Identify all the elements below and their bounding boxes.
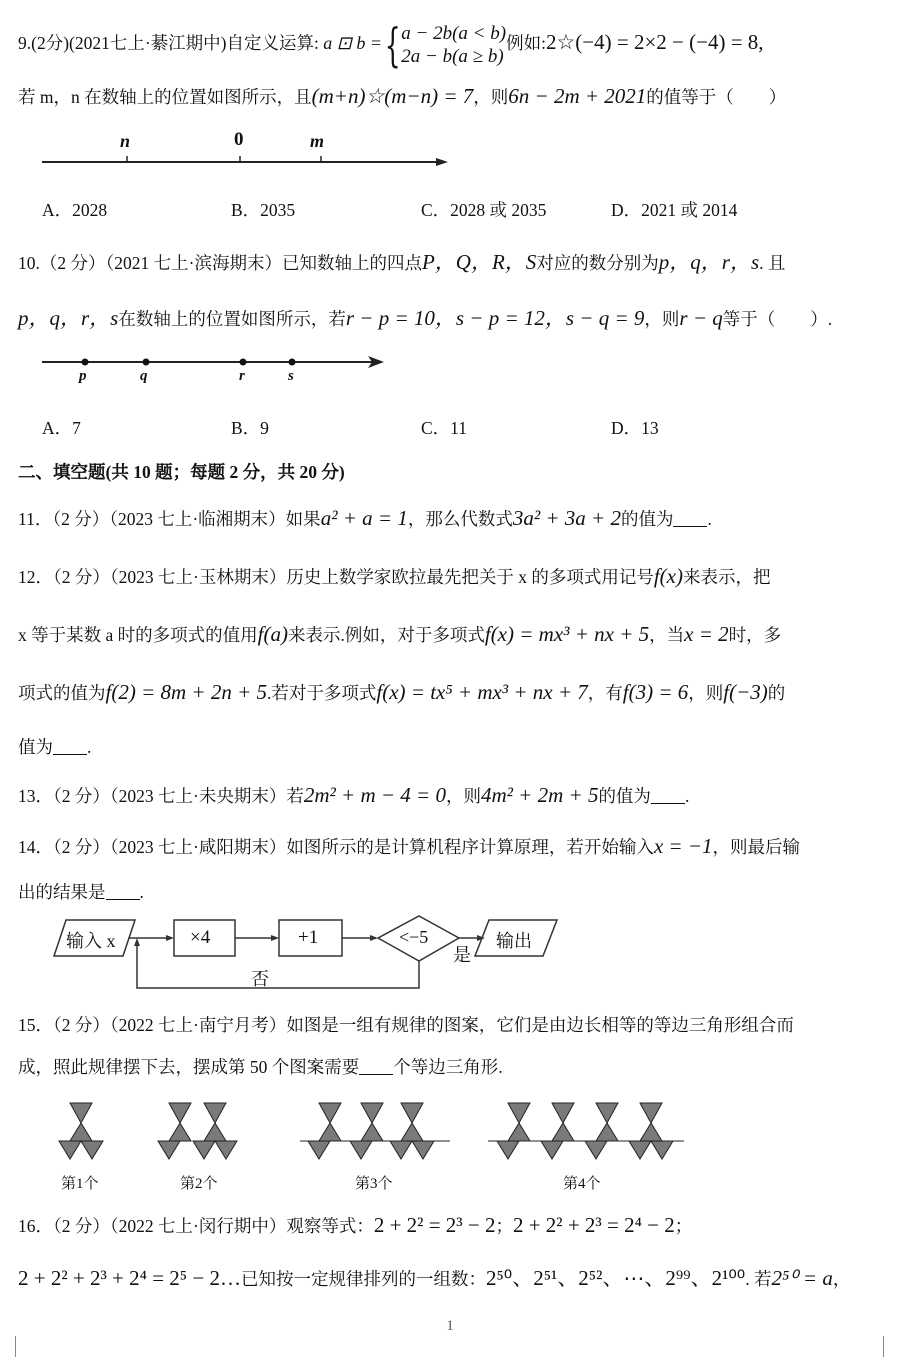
q9-label-0: 0 [234,129,244,151]
q16-head: 16．（2 分）（2022 七上·闵行期中）观察等式： [18,1216,374,1236]
q15-text: 成，照此规律摆下去，摆成第 50 个图案需要 [18,1057,359,1077]
q12-answer-blank[interactable] [53,740,87,755]
q16-eq3: 2 + 2² + 2³ + 2⁴ = 2⁵ − 2… [18,1266,241,1290]
q15-line2: 成，照此规律摆下去，摆成第 50 个图案需要个等边三角形. [18,1054,503,1079]
q9-number: 9. [18,33,31,53]
q9-expr2: 6n − 2m + 2021 [508,84,646,108]
q13-tail: 的值为 [598,786,651,806]
q10-label-q: q [140,368,148,385]
q16-text2: . 若 [745,1269,771,1289]
q12-fx: f(x) = tx⁵ + mx³ + nx + 7 [376,680,587,704]
q16-assign: 2⁵⁰ = a [771,1266,832,1290]
q14-flowchart [0,910,600,1000]
q16-end: ， [833,1269,851,1289]
q10-vars2: p，q，r，s [18,306,118,330]
q14-tail: ，则最后输 [713,837,801,857]
q9-case2: 2a − b(a ≥ b) [401,45,506,68]
q9-number-line [0,120,460,170]
q11-head: 11．（2 分）（2023 七上·临湘期末）如果 [18,509,321,529]
q9-example-label: 例如: [506,33,546,53]
q9-text3: ，则 [473,87,508,107]
q9-option-b: B．2035 [231,197,295,222]
q10-text6: 等于（ ）. [723,309,832,329]
q16-line2: 2 + 2² + 2³ + 2⁴ = 2⁵ − 2…已知按一定规律排列的一组数：… [18,1262,850,1292]
q13-head: 13．（2 分）（2023 七上·未央期末）若 [18,786,304,806]
q12-text6: 项式的值为 [18,683,106,703]
q13-line: 13．（2 分）（2023 七上·未央期末）若2m² + m − 4 = 0，则… [18,783,689,808]
q10-source: （2021 七上·滨海期末） [106,253,282,273]
q9-def-lhs: a ⊡ b = [323,33,382,53]
q12-line4: 值为. [18,734,91,759]
q10-line1: 10.（2 分）（2021 七上·滨海期末）已知数轴上的四点P，Q，R，S对应的… [18,246,785,276]
q12-text11: 值为 [18,737,53,757]
q10-option-b: B．9 [231,415,269,440]
q10-option-c: C．11 [421,415,467,440]
q12-text2: x 等于某数 a 时的多项式的值用 [18,625,258,645]
q12-text4: ，当 [649,625,684,645]
flow-no-label: 否 [251,965,269,991]
q10-label-r: r [239,368,245,385]
q10-line2: p，q，r，s在数轴上的位置如图所示，若r − p = 10，s − p = 1… [18,302,832,332]
q12-x2: x = 2 [684,622,729,646]
q10-option-a: A．7 [42,415,81,440]
q12-end: . [87,737,91,757]
q14-answer-blank[interactable] [106,885,140,900]
pattern-label-4: 第4个 [563,1172,601,1193]
flow-yes-label: 是 [453,941,471,967]
q11-answer-blank[interactable] [673,512,707,527]
q9-text2: 若 m，n 在数轴上的位置如图所示，且 [18,87,312,107]
q9-source: (2021七上·綦江期中) [69,33,226,53]
q14-line2: 出的结果是. [18,879,144,904]
q10-text3: . 且 [759,253,785,273]
q13-expr2: 4m² + 2m + 5 [481,783,598,807]
q9-option-c: C．2028 或 2035 [421,197,546,222]
q10-conditions: r − p = 10，s − p = 12，s − q = 9 [346,306,645,330]
q9-case1: a − 2b(a < b) [401,22,506,45]
q10-label-p: p [79,368,87,385]
q10-text: 已知数轴上的四点 [282,253,422,273]
pattern-label-2: 第2个 [180,1172,218,1193]
q10-number-line [0,350,400,380]
q9-text4: 的值等于（ ） [646,87,786,107]
q12-line2: x 等于某数 a 时的多项式的值用f(a)来表示.例如，对于多项式f(x) = … [18,622,781,647]
q13-end: . [685,786,689,806]
q12-f3: f(3) = 6 [623,680,689,704]
q15-triangle-patterns [0,1095,720,1175]
q9-example: 2☆(−4) = 2×2 − (−4) = 8, [546,30,764,54]
q10-score: （2 分） [40,253,106,273]
q11-mid: ，那么代数式 [408,509,513,529]
q16-line1: 16．（2 分）（2022 七上·闵行期中）观察等式：2 + 2² = 2³ −… [18,1213,692,1238]
q13-answer-blank[interactable] [651,789,685,804]
q12-fx-example: f(x) = mx³ + nx + 5 [485,622,649,646]
q9-expr: (m+n)☆(m−n) = 7 [312,84,474,108]
q10-target: r − q [679,306,722,330]
q12-text7: .若对于多项式 [267,683,376,703]
q9-option-d: D．2021 或 2014 [611,197,737,222]
q9-option-a: A．2028 [42,197,107,222]
page-margin-right-mark [883,1336,884,1357]
q15-tail: 个等边三角形. [393,1057,502,1077]
q10-text4: 在数轴上的位置如图所示，若 [118,309,346,329]
section-title: 二、填空题(共 10 题；每题 2 分，共 20 分) [18,459,345,484]
q16-text: 已知按一定规律排列的一组数： [241,1269,486,1289]
q9-line2: 若 m，n 在数轴上的位置如图所示，且(m+n)☆(m−n) = 7，则6n −… [18,84,786,109]
flow-output: 输出 [496,927,532,953]
q10-points: P，Q，R，S [422,250,536,274]
q11-expr1: a² + a = 1 [321,506,408,530]
q14-expr: x = −1 [654,834,713,858]
q14-head: 14．（2 分）（2023 七上·咸阳期末）如图所示的是计算机程序计算原理，若开… [18,837,654,857]
q12-f2: f(2) = 8m + 2n + 5 [106,680,268,704]
pattern-label-1: 第1个 [61,1172,99,1193]
q12-expr: f(x) [654,564,683,588]
q12-text8: ，有 [588,683,623,703]
q11-tail: 的值为 [621,509,674,529]
q14-text2: 出的结果是 [18,882,106,902]
q12-text3: 来表示.例如，对于多项式 [288,625,485,645]
flow-step-add: +1 [298,927,318,949]
q10-text5: ，则 [644,309,679,329]
q13-expr1: 2m² + m − 4 = 0 [304,783,446,807]
q15-line1: 15．（2 分）（2022 七上·南宁月考）如图是一组有规律的图案，它们是由边长… [18,1012,794,1037]
flow-input: 输入 x [66,927,116,953]
q10-label-s: s [288,368,294,385]
q16-eq2: 2 + 2² + 2³ = 2⁴ − 2 [513,1213,675,1237]
flow-step-multiply: ×4 [190,927,210,949]
q12-fm3: f(−3) [723,680,768,704]
q12-text5: 时，多 [729,625,782,645]
q10-number: 10. [18,253,40,273]
q12-line3: 项式的值为f(2) = 8m + 2n + 5.若对于多项式f(x) = tx⁵… [18,680,785,705]
q16-sep: ； [495,1216,513,1236]
q9-line1: 9.(2分)(2021七上·綦江期中)自定义运算: a ⊡ b ={a − 2b… [18,18,764,72]
q9-label-m: m [310,131,324,152]
q14-end: . [140,882,144,902]
q10-option-d: D．13 [611,415,659,440]
q9-text: 自定义运算: [227,33,319,53]
flow-condition: <−5 [399,927,428,948]
q9-score: (2分) [31,33,69,53]
q12-tail: 来表示，把 [683,567,771,587]
q12-text9: ，则 [688,683,723,703]
q10-text2: 对应的数分别为 [536,253,659,273]
q12-line1: 12．（2 分）（2023 七上·玉林期末）历史上数学家欧拉最先把关于 x 的多… [18,564,770,589]
q10-vars: p，q，r，s [659,250,759,274]
q13-mid: ，则 [446,786,481,806]
page-number: 1 [0,1318,900,1335]
q9-cases: a − 2b(a < b)2a − b(a ≥ b) [401,22,506,68]
q11-end: . [707,509,711,529]
q11-expr2: 3a² + 3a + 2 [513,506,621,530]
q14-line1: 14．（2 分）（2023 七上·咸阳期末）如图所示的是计算机程序计算原理，若开… [18,834,800,859]
q11-line: 11．（2 分）（2023 七上·临湘期末）如果a² + a = 1，那么代数式… [18,506,712,531]
pattern-label-3: 第3个 [355,1172,393,1193]
q12-head: 12．（2 分）（2023 七上·玉林期末）历史上数学家欧拉最先把关于 x 的多… [18,567,654,587]
q12-text10: 的 [768,683,786,703]
q16-sequence: 2⁵⁰、2⁵¹、2⁵²、⋯、2⁹⁹、2¹⁰⁰ [486,1266,745,1290]
q16-eq1: 2 + 2² = 2³ − 2 [374,1213,496,1237]
q12-fa: f(a) [258,622,288,646]
q9-label-n: n [120,131,130,152]
q16-sep2: ； [675,1216,693,1236]
q15-answer-blank[interactable] [359,1060,393,1075]
q9-brace: { [385,18,401,72]
page-margin-left-mark [15,1336,16,1357]
